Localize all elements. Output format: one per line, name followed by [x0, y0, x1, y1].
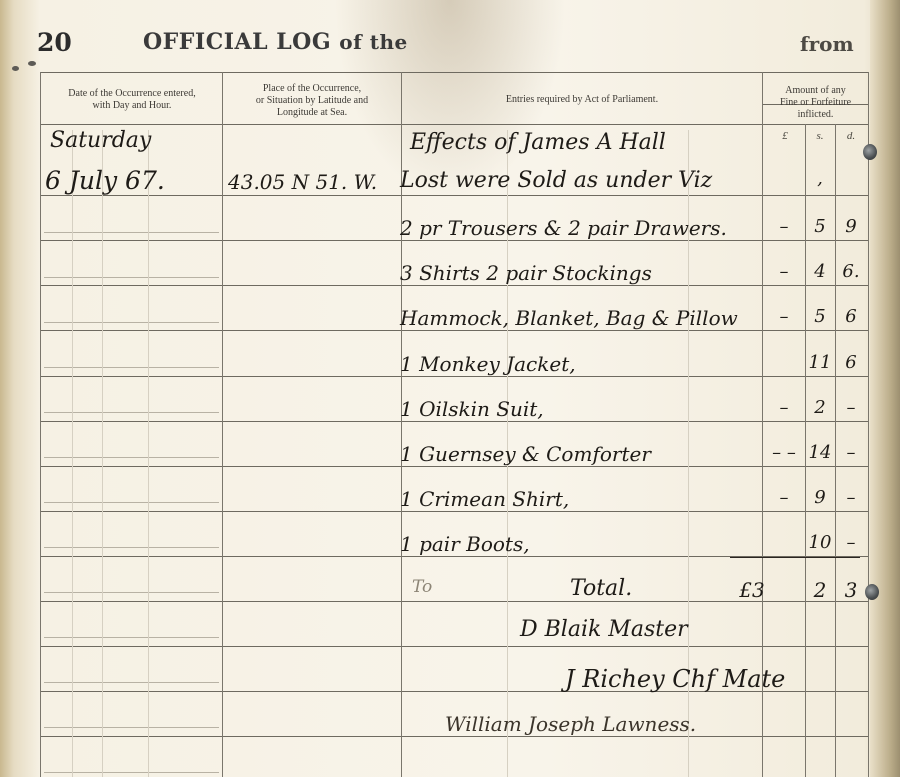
faint-rule — [44, 637, 219, 638]
item-pence: – — [837, 487, 865, 508]
date-column-header: Date of the Occurrence entered, with Day… — [44, 88, 220, 112]
item-pounds: – — [770, 397, 798, 418]
row-rule — [40, 330, 868, 331]
faint-rule — [44, 727, 219, 728]
page-number: 20 — [37, 28, 72, 57]
header-line: inflicted. — [764, 109, 867, 121]
total-shillings: 2 — [806, 578, 834, 602]
faint-rule — [44, 322, 219, 323]
faint-rule — [44, 502, 219, 503]
item-pounds: – — [770, 261, 798, 282]
pence-header: d. — [841, 130, 861, 142]
title-main: OFFICIAL LOG — [143, 29, 331, 55]
master-signature: D Blaik Master — [520, 617, 688, 642]
item-pounds: – — [770, 306, 798, 327]
table-top-rule — [40, 72, 868, 73]
item-description: 1 pair Boots, — [400, 532, 530, 556]
faint-rule — [44, 412, 219, 413]
faint-rule — [44, 547, 219, 548]
page-title: OFFICIAL LOG of the — [143, 29, 408, 55]
faint-rule — [44, 772, 219, 773]
witness-signature: William Joseph Lawness. — [445, 712, 696, 736]
faint-rule — [44, 367, 219, 368]
item-pence: 6 — [837, 306, 865, 327]
item-description: 3 Shirts 2 pair Stockings — [400, 261, 652, 285]
item-pounds: – — [770, 487, 798, 508]
date-place-divider — [222, 72, 223, 777]
title-of-the: of the — [339, 30, 407, 54]
binding-hole-icon — [863, 144, 877, 160]
table-left-rule — [40, 72, 41, 777]
binding-hole-icon — [865, 584, 879, 600]
item-pence: – — [837, 442, 865, 463]
total-underline — [730, 557, 860, 558]
faint-vrule — [72, 130, 73, 777]
total-label: Total. — [570, 576, 632, 601]
item-shillings: 10 — [806, 532, 834, 553]
row-rule — [40, 421, 868, 422]
entry-subtitle: Lost were Sold as under Viz — [400, 168, 712, 193]
total-pence: 3 — [837, 578, 865, 602]
item-shillings: 5 — [806, 216, 834, 237]
faint-rule — [44, 277, 219, 278]
faint-rule — [44, 457, 219, 458]
row-rule — [40, 736, 868, 737]
item-pounds: – – — [770, 442, 798, 463]
item-pence: – — [837, 532, 865, 553]
log-page: 20 OFFICIAL LOG of the from Da — [0, 0, 900, 777]
header-line: Amount of any — [764, 85, 867, 97]
page-edge — [870, 0, 900, 777]
item-description: 1 Crimean Shirt, — [400, 487, 569, 511]
ink-blot-icon — [12, 66, 19, 71]
item-description: Hammock, Blanket, Bag & Pillow — [400, 306, 738, 330]
item-shillings: 4 — [806, 261, 834, 282]
item-shillings: 5 — [806, 306, 834, 327]
entry-position: 43.05 N 51. W. — [228, 170, 377, 194]
entry-title: Effects of James A Hall — [410, 130, 666, 155]
item-shillings: 11 — [806, 352, 834, 373]
item-shillings: 14 — [806, 442, 834, 463]
row-rule — [40, 466, 868, 467]
item-pence: 6. — [837, 261, 865, 282]
ink-blot-icon — [28, 61, 36, 66]
row-rule — [40, 511, 868, 512]
from-label: from — [800, 32, 854, 56]
item-description: 2 pr Trousers & 2 pair Drawers. — [400, 216, 727, 240]
entry-day: Saturday — [50, 128, 151, 153]
total-prefix: To — [412, 577, 432, 597]
item-pence: 9 — [837, 216, 865, 237]
item-description: 1 Oilskin Suit, — [400, 397, 544, 421]
faint-rule — [44, 232, 219, 233]
row-rule — [40, 376, 868, 377]
item-pounds: – — [770, 216, 798, 237]
row-rule — [40, 195, 868, 196]
header-line: Fine or Forfeiture — [764, 97, 867, 109]
shillings-pence-divider — [835, 124, 836, 777]
amount-column-header: Amount of any Fine or Forfeiture inflict… — [764, 85, 867, 121]
mate-signature: J Richey Chf Mate — [565, 665, 785, 693]
row-rule — [40, 285, 868, 286]
header-line: Place of the Occurrence, — [224, 83, 400, 95]
row-rule — [40, 646, 868, 647]
header-bottom-rule — [40, 124, 868, 125]
faint-rule — [44, 682, 219, 683]
item-pence: – — [837, 397, 865, 418]
header-line: Longitude at Sea. — [224, 107, 400, 119]
faint-vrule — [148, 130, 149, 777]
item-description: 1 Monkey Jacket, — [400, 352, 576, 376]
faint-rule — [44, 592, 219, 593]
subtitle-mark: , — [806, 168, 834, 189]
table-right-rule — [868, 72, 869, 777]
header-line: Date of the Occurrence entered, — [44, 88, 220, 100]
faint-vrule — [102, 130, 103, 777]
header-line: or Situation by Latitude and — [224, 95, 400, 107]
pounds-header: £ — [775, 130, 795, 142]
item-shillings: 9 — [806, 487, 834, 508]
entries-column-header: Entries required by Act of Parliament. — [403, 94, 761, 106]
shillings-header: s. — [810, 130, 830, 142]
item-pence: 6 — [837, 352, 865, 373]
total-pounds: £3 — [730, 578, 774, 602]
place-column-header: Place of the Occurrence, or Situation by… — [224, 83, 400, 119]
item-shillings: 2 — [806, 397, 834, 418]
row-rule — [40, 240, 868, 241]
item-description: 1 Guernsey & Comforter — [400, 442, 651, 466]
entry-date: 6 July 67. — [45, 166, 165, 195]
header-line: with Day and Hour. — [44, 100, 220, 112]
